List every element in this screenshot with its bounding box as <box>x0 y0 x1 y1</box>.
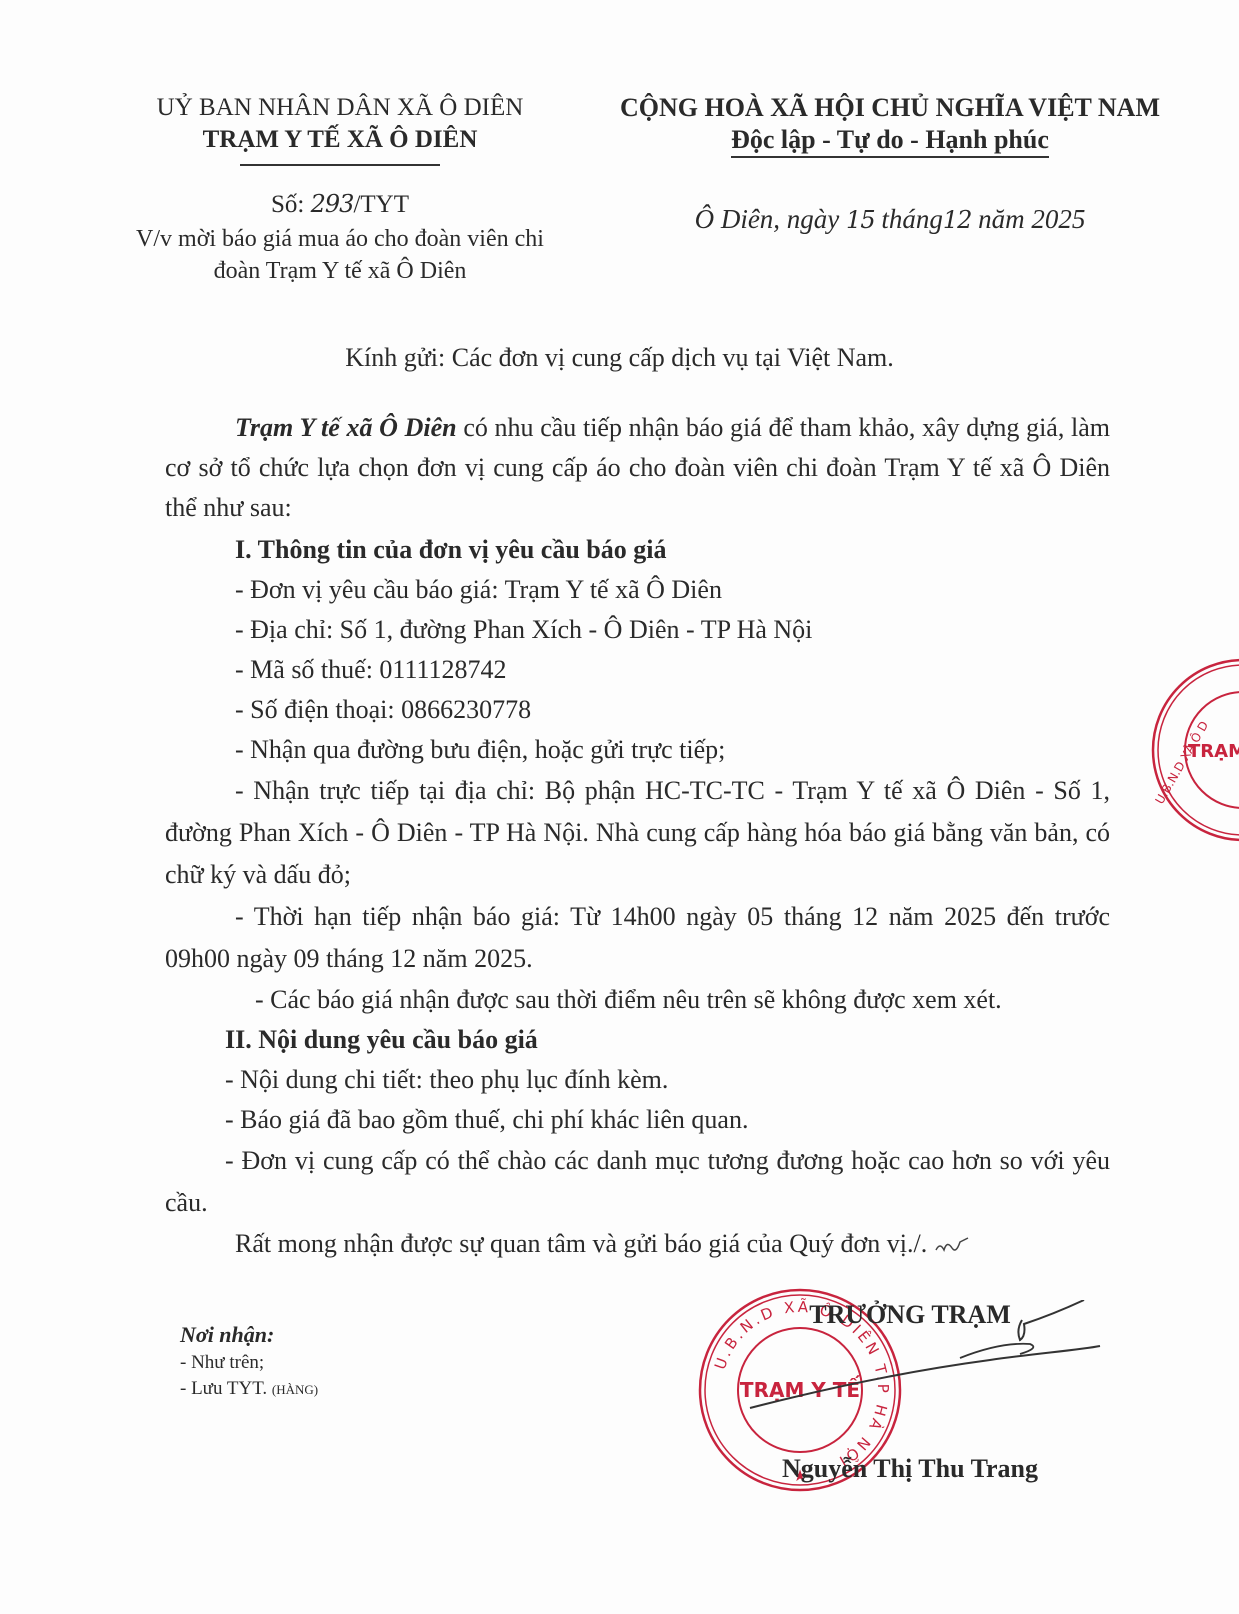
national-motto: Độc lập - Tự do - Hạnh phúc <box>731 124 1049 158</box>
unit-name: TRẠM Y TẾ XÃ Ô DIÊN <box>100 124 580 156</box>
section-2: II. Nội dung yêu cầu báo giá - Nội dung … <box>165 1020 1110 1140</box>
date-day-handwritten: 15 <box>846 206 875 234</box>
section-2-heading: II. Nội dung yêu cầu báo giá <box>225 1020 1110 1060</box>
header-issuing-agency: UỶ BAN NHÂN DÂN XÃ Ô DIÊN TRẠM Y TẾ XÃ Ô… <box>100 92 580 287</box>
handwritten-signature-icon <box>740 1300 1120 1430</box>
section-1: I. Thông tin của đơn vị yêu cầu báo giá … <box>165 530 1110 770</box>
recipient-archive-note: (HÀNG) <box>272 1382 318 1397</box>
side-stamp-outer-text: U.B.N.D XÃ Ô D <box>1152 718 1212 806</box>
list-item: - Thời hạn tiếp nhận báo giá: Từ 14h00 n… <box>165 896 1110 980</box>
list-item: - Nội dung chi tiết: theo phụ lục đính k… <box>225 1060 1110 1100</box>
list-item: - Số điện thoại: 0866230778 <box>235 690 1110 730</box>
date-year: năm 2025 <box>971 204 1085 234</box>
list-item: - Đơn vị cung cấp có thể chào các danh m… <box>165 1140 1110 1224</box>
recipient-item: - Như trên; <box>180 1350 500 1376</box>
closing-line: Rất mong nhận được sự quan tâm và gửi bá… <box>165 1224 1110 1264</box>
date-month-label: tháng <box>875 204 943 234</box>
recipients-title: Nơi nhận: <box>180 1320 500 1350</box>
header-divider <box>240 164 440 166</box>
list-item: - Đơn vị yêu cầu báo giá: Trạm Y tế xã Ô… <box>235 570 1110 610</box>
initials-mark-icon <box>934 1236 974 1256</box>
intro-organization: Trạm Y tế xã Ô Diên <box>235 413 457 442</box>
header-national: CỘNG HOÀ XÃ HỘI CHỦ NGHĨA VIỆT NAM Độc l… <box>590 92 1190 237</box>
list-item: - Nhận qua đường bưu điện, hoặc gửi trực… <box>235 730 1110 770</box>
recipient-archive: - Lưu TYT. <box>180 1378 267 1399</box>
document-body: Trạm Y tế xã Ô Diên có nhu cầu tiếp nhận… <box>165 408 1110 1264</box>
document-date: Ô Diên, ngày 15 tháng12 năm 2025 <box>590 202 1190 237</box>
doc-number-suffix: /TYT <box>353 191 409 218</box>
list-item: - Báo giá đã bao gồm thuế, chi phí khác … <box>225 1100 1110 1140</box>
republic-title: CỘNG HOÀ XÃ HỘI CHỦ NGHĨA VIỆT NAM <box>590 92 1190 124</box>
subject-line-1: V/v mời báo giá mua áo cho đoàn viên chi <box>100 223 580 255</box>
list-item: - Địa chỉ: Số 1, đường Phan Xích - Ô Diê… <box>235 610 1110 650</box>
intro-paragraph: Trạm Y tế xã Ô Diên có nhu cầu tiếp nhận… <box>165 408 1110 528</box>
recipient-line: Kính gửi: Các đơn vị cung cấp dịch vụ tạ… <box>0 343 1239 373</box>
date-month-handwritten: 12 <box>943 206 972 234</box>
closing-text: Rất mong nhận được sự quan tâm và gửi bá… <box>235 1229 927 1258</box>
recipients-block: Nơi nhận: - Như trên; - Lưu TYT. (HÀNG) <box>180 1320 500 1403</box>
section-1-heading: I. Thông tin của đơn vị yêu cầu báo giá <box>235 530 1110 570</box>
recipient-item: - Lưu TYT. (HÀNG) <box>180 1376 500 1403</box>
agency-name: UỶ BAN NHÂN DÂN XÃ Ô DIÊN <box>100 92 580 124</box>
side-stamp-icon: TRẠM U.B.N.D XÃ Ô D <box>1148 655 1239 845</box>
signer-name: Nguyễn Thị Thu Trang <box>700 1454 1120 1484</box>
list-item: - Nhận trực tiếp tại địa chỉ: Bộ phận HC… <box>165 770 1110 896</box>
date-place: Ô Diên, ngày <box>695 204 846 234</box>
subject-line-2: đoàn Trạm Y tế xã Ô Diên <box>100 255 580 287</box>
side-stamp-inner-text: TRẠM <box>1188 741 1239 762</box>
document-number: Số: 293/TYT <box>100 188 580 221</box>
doc-number-prefix: Số: <box>271 191 311 218</box>
subject-line: V/v mời báo giá mua áo cho đoàn viên chi… <box>100 223 580 287</box>
doc-number-handwritten: 293 <box>311 190 354 218</box>
list-item: - Mã số thuế: 0111128742 <box>235 650 1110 690</box>
list-item: - Các báo giá nhận được sau thời điểm nê… <box>165 980 1110 1020</box>
